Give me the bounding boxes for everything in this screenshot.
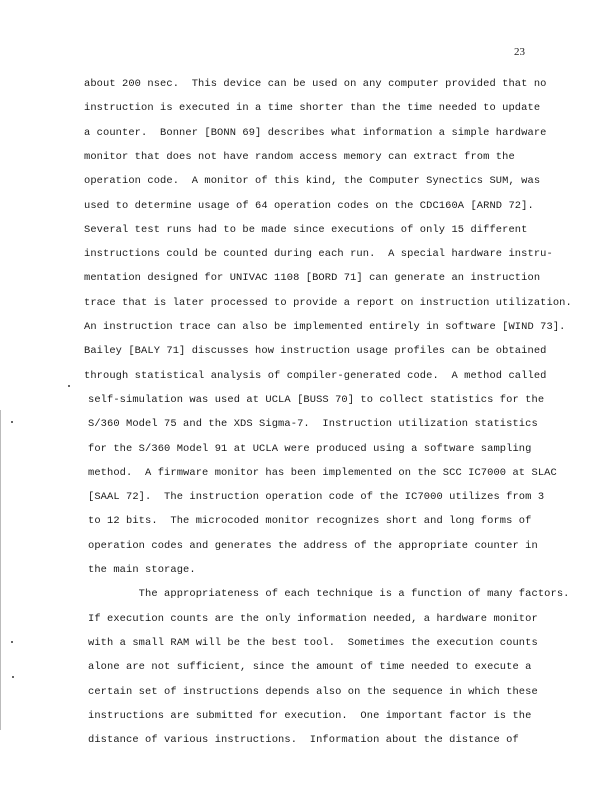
text-line: operation codes and generates the addres… [88, 540, 538, 552]
text-line: instructions are submitted for execution… [88, 710, 531, 722]
text-line: alone are not sufficient, since the amou… [88, 661, 531, 673]
text-line: The appropriateness of each technique is… [88, 588, 570, 600]
text-line: method. A firmware monitor has been impl… [88, 467, 557, 479]
text-line: [SAAL 72]. The instruction operation cod… [88, 491, 544, 503]
text-line: mentation designed for UNIVAC 1108 [BORD… [84, 272, 540, 284]
text-line: the main storage. [88, 564, 196, 576]
text-line: distance of various instructions. Inform… [88, 734, 519, 746]
text-line: used to determine usage of 64 operation … [84, 200, 534, 212]
text-line: a counter. Bonner [BONN 69] describes wh… [84, 127, 546, 139]
text-line: trace that is later processed to provide… [84, 297, 572, 309]
text-line: for the S/360 Model 91 at UCLA were prod… [88, 443, 531, 455]
scan-speck [12, 676, 14, 678]
scan-speck [68, 385, 70, 387]
text-line: Several test runs had to be made since e… [84, 224, 527, 236]
text-line: instruction is executed in a time shorte… [84, 102, 540, 114]
text-line: operation code. A monitor of this kind, … [84, 175, 540, 187]
page-number: 23 [514, 46, 525, 58]
text-line: Bailey [BALY 71] discusses how instructi… [84, 345, 546, 357]
text-line: S/360 Model 75 and the XDS Sigma-7. Inst… [88, 418, 538, 430]
text-line: certain set of instructions depends also… [88, 686, 538, 698]
text-line: If execution counts are the only informa… [88, 613, 538, 625]
text-line: An instruction trace can also be impleme… [84, 321, 566, 333]
text-line: monitor that does not have random access… [84, 151, 515, 163]
scan-speck [11, 421, 13, 423]
text-line: through statistical analysis of compiler… [84, 370, 546, 382]
text-line: instructions could be counted during eac… [84, 248, 553, 260]
text-line: self-simulation was used at UCLA [BUSS 7… [88, 394, 544, 406]
scan-edge [0, 410, 1, 730]
document-page: 23 about 200 nsec. This device can be us… [0, 0, 612, 791]
text-line: about 200 nsec. This device can be used … [84, 78, 546, 90]
scan-speck [11, 641, 13, 643]
text-line: with a small RAM will be the best tool. … [88, 637, 538, 649]
text-line: to 12 bits. The microcoded monitor recog… [88, 515, 531, 527]
